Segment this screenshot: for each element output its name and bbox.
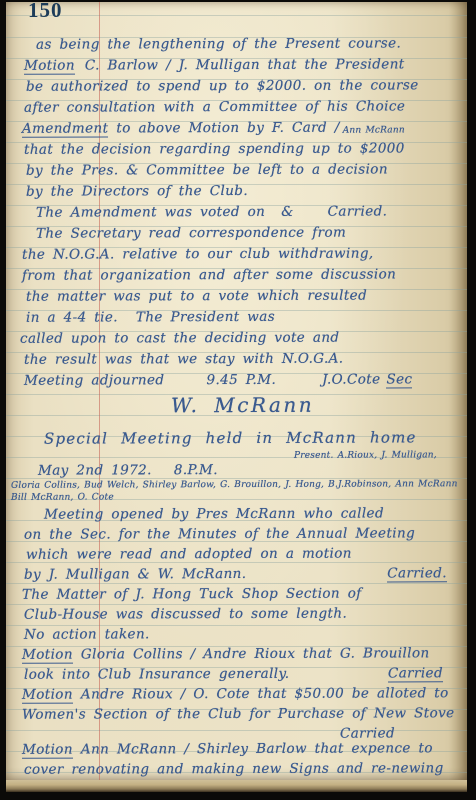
motion-mcrann-barlow: MotionAnn McRann / Shirley Barlow that e…	[6, 740, 467, 762]
handwritten-text: The Amendment was voted on	[36, 204, 265, 221]
special-meeting-heading: Special Meeting held in McRann home	[6, 428, 467, 452]
handwritten-text: No action taken.	[24, 626, 150, 642]
handwritten-text: Ann McRann / Shirley Barlow that expence…	[81, 740, 433, 757]
handwritten-text: by the Pres. & Committee be left to a de…	[26, 161, 388, 178]
scanned-ledger-screenshot: 150 as being the lengthening of the Pres…	[0, 0, 476, 800]
handwritten-line: by the Directors of the Club.	[6, 182, 467, 205]
handwritten-text: Motion	[22, 687, 73, 704]
handwritten-line: on the Sec. for the Minutes of the Annua…	[6, 525, 467, 547]
handwritten-line: be authorized to spend up to $2000. on t…	[6, 77, 467, 100]
handwritten-line: The Secretary read correspondence from	[6, 224, 467, 247]
page-edge-stack	[6, 780, 467, 792]
handwritten-text: Club-House was discussed to some length.	[24, 606, 347, 623]
handwritten-text: Meeting adjourned	[24, 372, 165, 388]
handwritten-line: Women's Section of the Club for Purchase…	[6, 705, 467, 727]
handwritten-text: Bill McRann, O. Cote	[11, 492, 114, 502]
handwritten-text: Present. A.Rioux, J. Mulligan,	[294, 450, 437, 460]
handwritten-line: Meeting opened by Pres McRann who called	[6, 505, 467, 527]
handwritten-text: the matter was put to a vote which resul…	[26, 288, 367, 305]
handwritten-text: in a 4-4 tie.	[26, 309, 118, 325]
handwritten-text: Motion	[22, 742, 73, 759]
handwritten-line: that the decision regarding spending up …	[6, 140, 467, 163]
motion-barlow-mulligan: MotionC. Barlow / J. Mulligan that the P…	[6, 56, 467, 79]
handwritten-text: Gloria Collins, Bud Welch, Shirley Barlo…	[11, 479, 458, 491]
handwritten-line: as being the lengthening of the Present …	[6, 35, 467, 58]
handwritten-line: The Amendment was voted on&Carried.	[6, 203, 467, 226]
handwritten-text: Gloria Collins / Andre Rioux that G. Bro…	[81, 645, 430, 662]
handwritten-line: Carried	[6, 725, 467, 742]
handwritten-text: by J. Mulligan & W. McRann.	[24, 566, 247, 583]
handwritten-text: Women's Section of the Club for Purchase…	[22, 705, 455, 723]
handwritten-text: called upon to cast the deciding vote an…	[20, 330, 340, 347]
handwritten-text: Carried.	[328, 203, 388, 219]
handwritten-text: which were read and adopted on a motion	[26, 546, 352, 563]
handwritten-text: 9.45 P.M.	[206, 372, 276, 388]
scan-edge	[0, 792, 476, 800]
handwritten-text: 8.P.M.	[174, 462, 218, 478]
handwritten-text: that the decision regarding spending up …	[24, 140, 405, 157]
motion-rioux-cote: MotionAndre Rioux / O. Cote that $50.00 …	[6, 685, 467, 707]
handwritten-text: the result was that we stay with N.O.G.A…	[24, 351, 344, 368]
handwritten-text: the N.O.G.A. relative to our club withdr…	[22, 246, 374, 263]
handwritten-line: cover renovating and making new Signs an…	[6, 760, 467, 782]
handwritten-text: Andre Rioux / O. Cote that $50.00 be all…	[81, 685, 449, 702]
handwritten-text: J.O.Cote	[322, 371, 380, 387]
adjournment-line: Meeting adjourned9.45 P.M.J.O.CoteSec	[6, 371, 467, 394]
handwritten-line: by the Pres. & Committee be left to a de…	[6, 161, 467, 184]
signature-w-mcrann: W. McRann	[6, 392, 467, 420]
handwritten-text: Ann McRann	[343, 125, 405, 135]
handwritten-text: Amendment	[22, 120, 108, 137]
handwritten-text: on the Sec. for the Minutes of the Annua…	[24, 525, 415, 542]
handwritten-line: Club-House was discussed to some length.	[6, 605, 467, 627]
motion-collins-rioux: MotionGloria Collins / Andre Rioux that …	[6, 645, 467, 667]
meeting-date-line: May 2nd 1972.8.P.M.	[6, 461, 467, 481]
handwriting-area: as being the lengthening of the Present …	[6, 2, 467, 781]
handwritten-text: C. Barlow / J. Mulligan that the Preside…	[85, 56, 405, 73]
handwritten-text: from that organization and after some di…	[22, 266, 396, 283]
handwritten-text: Motion	[24, 58, 75, 75]
handwritten-text: look into Club Insurance generally.	[24, 666, 290, 683]
handwritten-text: W. McRann	[171, 393, 314, 417]
handwritten-text: cover renovating and making new Signs an…	[24, 760, 444, 777]
handwritten-text: &	[281, 204, 293, 220]
handwritten-text: by the Directors of the Club.	[26, 183, 248, 200]
handwritten-line: the result was that we stay with N.O.G.A…	[6, 350, 467, 373]
handwritten-line: in a 4-4 tie.The President was	[6, 308, 467, 331]
handwritten-text: May 2nd 1972.	[38, 462, 152, 478]
handwritten-line: called upon to cast the deciding vote an…	[6, 329, 467, 352]
handwritten-text: Carried	[340, 725, 395, 741]
handwritten-text: Carried.	[387, 565, 447, 582]
handwritten-line: The Matter of J. Hong Tuck Shop Section …	[6, 585, 467, 607]
handwritten-text: The Matter of J. Hong Tuck Shop Section …	[22, 586, 362, 603]
handwritten-text: Special Meeting held in McRann home	[44, 428, 417, 447]
handwritten-line: the N.O.G.A. relative to our club withdr…	[6, 245, 467, 268]
handwritten-text: Carried	[388, 665, 443, 682]
handwritten-text: Sec	[386, 371, 412, 388]
handwritten-text: as being the lengthening of the Present …	[36, 35, 401, 52]
ledger-page: 150 as being the lengthening of the Pres…	[6, 2, 467, 780]
handwritten-line: from that organization and after some di…	[6, 266, 467, 289]
handwritten-line: which were read and adopted on a motion	[6, 545, 467, 567]
handwritten-text: The Secretary read correspondence from	[36, 225, 346, 242]
handwritten-line: look into Club Insurance generally.Carri…	[6, 665, 467, 687]
handwritten-line: the matter was put to a vote which resul…	[6, 287, 467, 310]
handwritten-text: be authorized to spend up to $2000. on t…	[26, 77, 419, 94]
handwritten-text: to above Motion by F. Card /	[116, 120, 339, 137]
handwritten-line: No action taken.	[6, 625, 467, 647]
handwritten-text: Meeting opened by Pres McRann who called	[44, 505, 384, 522]
handwritten-text: after consultation with a Committee of h…	[24, 98, 405, 115]
handwritten-line: after consultation with a Committee of h…	[6, 98, 467, 121]
handwritten-line: by J. Mulligan & W. McRann.Carried.	[6, 565, 467, 587]
amendment-line: Amendmentto above Motion by F. Card /Ann…	[6, 119, 467, 142]
handwritten-text: Motion	[22, 647, 73, 664]
handwritten-text: The President was	[136, 309, 275, 325]
